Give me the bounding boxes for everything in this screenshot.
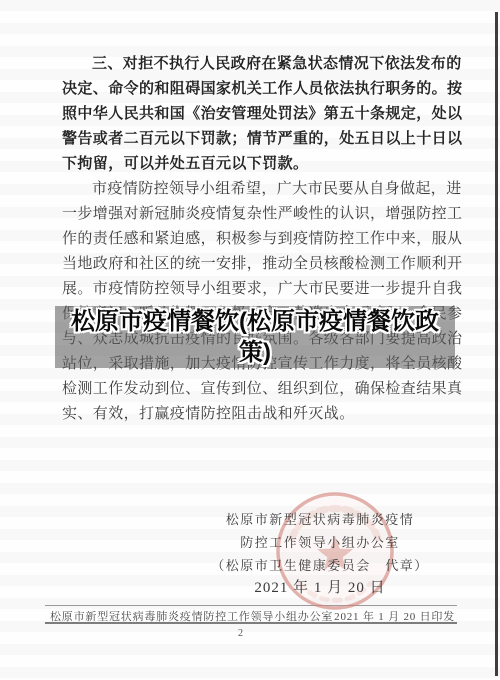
body-text-line: 下拘留，可以并处五百元以下罚款。 (62, 152, 444, 177)
body-text-line: 展。市疫情防控领导小组要求，广大市民要进一步提升自我 (62, 277, 444, 302)
body-text-line: 当地政府和社区的统一安排，推动全员核酸检测工作顺利开 (62, 252, 444, 277)
overlay-title-band: 松原市疫情餐饮(松原市疫情餐饮政 策) (55, 306, 455, 368)
signature-org-line2: 防控工作领导小组办公室 (180, 531, 460, 554)
body-text-line: 警告或者二百元以下罚款；情节严重的，处五日以上十日以 (62, 127, 444, 152)
body-text-line: 检测工作发动到位、宣传到位、组织到位，确保检查结果真 (62, 377, 444, 402)
body-text-line: 实、有效，打赢疫情防控阻击战和歼灭战。 (62, 402, 444, 427)
photo-right-edge (495, 12, 498, 676)
signature-proxy-line: （松原市卫生健康委员会 代章） (180, 554, 460, 577)
footer-divider-bottom (45, 622, 457, 624)
signature-block: 松原市新型冠状病毒肺炎疫情 防控工作领导小组办公室 （松原市卫生健康委员会 代章… (180, 508, 460, 600)
body-text-line: 三、对拒不执行人民政府在紧急状态情况下依法发布的 (62, 52, 444, 77)
scanned-document-page: 三、对拒不执行人民政府在紧急状态情况下依法发布的决定、命令的和阻碍国家机关工作人… (0, 0, 500, 680)
footer-divider-top (45, 605, 457, 606)
overlay-title-line1: 松原市疫情餐饮(松原市疫情餐饮政 (71, 306, 439, 337)
body-text-line: 作的责任感和紧迫感，积极参与到疫情防控工作中来，服从 (62, 227, 444, 252)
body-text-line: 决定、命令的和阻碍国家机关工作人员依法执行职务的。按 (62, 77, 444, 102)
signature-org-line1: 松原市新型冠状病毒肺炎疫情 (180, 508, 460, 531)
document-body: 三、对拒不执行人民政府在紧急状态情况下依法发布的决定、命令的和阻碍国家机关工作人… (62, 52, 444, 427)
page-number: 2 (238, 628, 243, 639)
body-text-line: 市疫情防控领导小组希望，广大市民要从自身做起，进 (62, 177, 444, 202)
overlay-title-line2: 策) (239, 337, 271, 368)
signature-date: 2021 年 1 月 20 日 (180, 577, 460, 600)
body-text-line: 照中华人民共和国《治安管理处罚法》第五十条规定，处以 (62, 102, 444, 127)
paragraph-regulation: 三、对拒不执行人民政府在紧急状态情况下依法发布的决定、命令的和阻碍国家机关工作人… (62, 52, 444, 177)
body-text-line: 一步增强对新冠肺炎疫情复杂性严峻性的认识，增强防控工 (62, 202, 444, 227)
paragraph-appeal: 市疫情防控领导小组希望，广大市民要从自身做起，进一步增强对新冠肺炎疫情复杂性严峻… (62, 177, 444, 427)
